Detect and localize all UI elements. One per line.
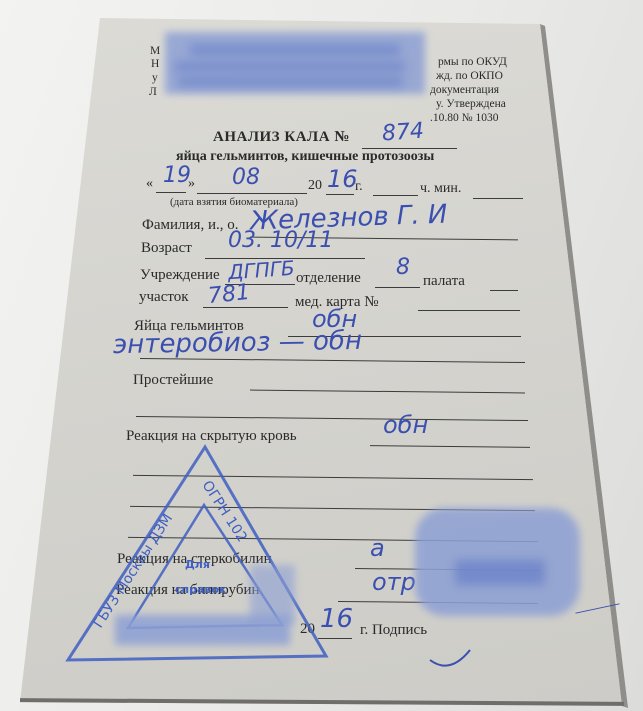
stamp-inner-line1: Для [185,558,210,571]
stamp-inner-line2: справок [175,583,226,596]
redacted-stamp-fragment [250,565,295,625]
redacted-round-stamp-core [455,560,545,585]
